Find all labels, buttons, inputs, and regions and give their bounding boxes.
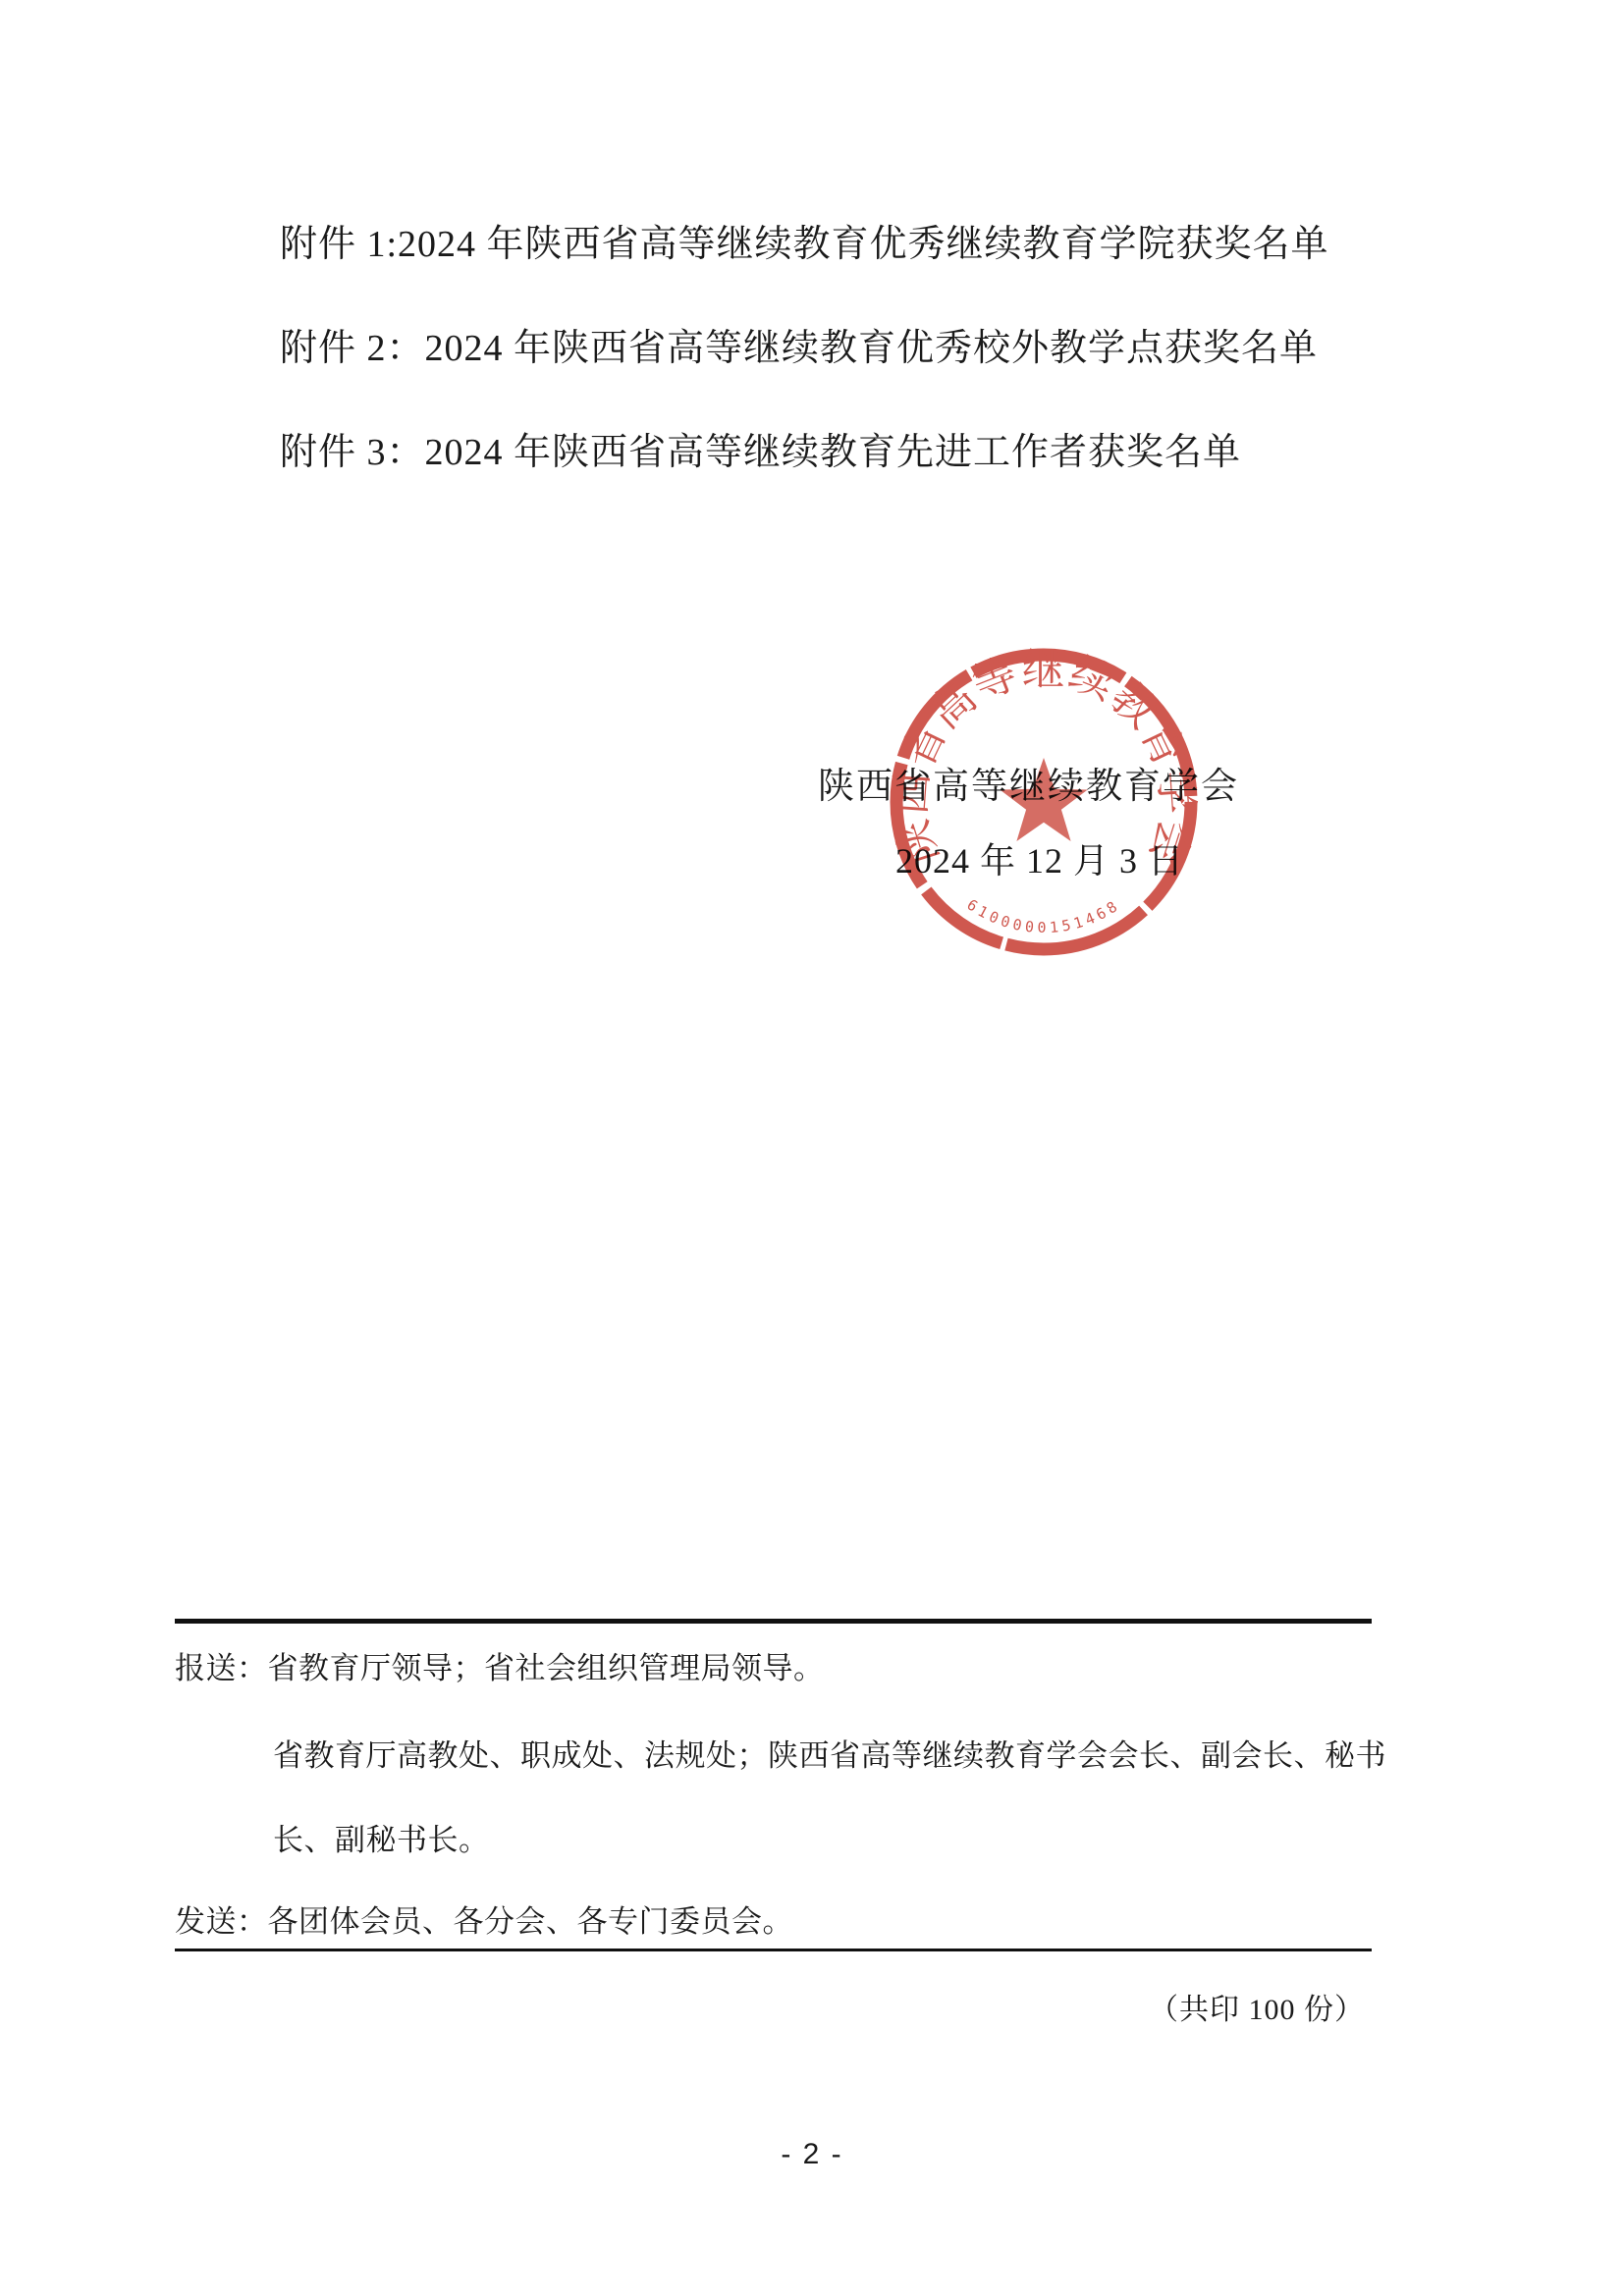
signature-date: 2024 年 12 月 3 日 xyxy=(895,833,1184,883)
print-count: （共印 100 份） xyxy=(1149,1985,1365,2028)
footer-bottom-rule xyxy=(175,1949,1372,1951)
footer-report-line: 报送：省教育厅领导；省社会组织管理局领导。 xyxy=(175,1652,825,1685)
attachment-line-2: 附件 2：2024 年陕西省高等继续教育优秀校外教学点获奖名单 xyxy=(280,328,1318,371)
footer-top-rule xyxy=(175,1619,1372,1624)
signature-organization: 陕西省高等继续教育学会 xyxy=(818,756,1239,809)
footer-report-line-end: 长、副秘书长。 xyxy=(273,1824,490,1857)
footer-send-line: 发送：各团体会员、各分会、各专门委员会。 xyxy=(175,1905,793,1939)
footer-report-line-continued: 省教育厅高教处、职成处、法规处；陕西省高等继续教育学会会长、副会长、秘书 xyxy=(273,1739,1386,1773)
page-number: - 2 - xyxy=(0,2138,1624,2171)
attachment-line-1: 附件 1:2024 年陕西省高等继续教育优秀继续教育学院获奖名单 xyxy=(280,224,1329,267)
seal-serial-number: 6100000151468 xyxy=(964,895,1124,936)
attachment-line-3: 附件 3：2024 年陕西省高等继续教育先进工作者获奖名单 xyxy=(280,432,1241,475)
